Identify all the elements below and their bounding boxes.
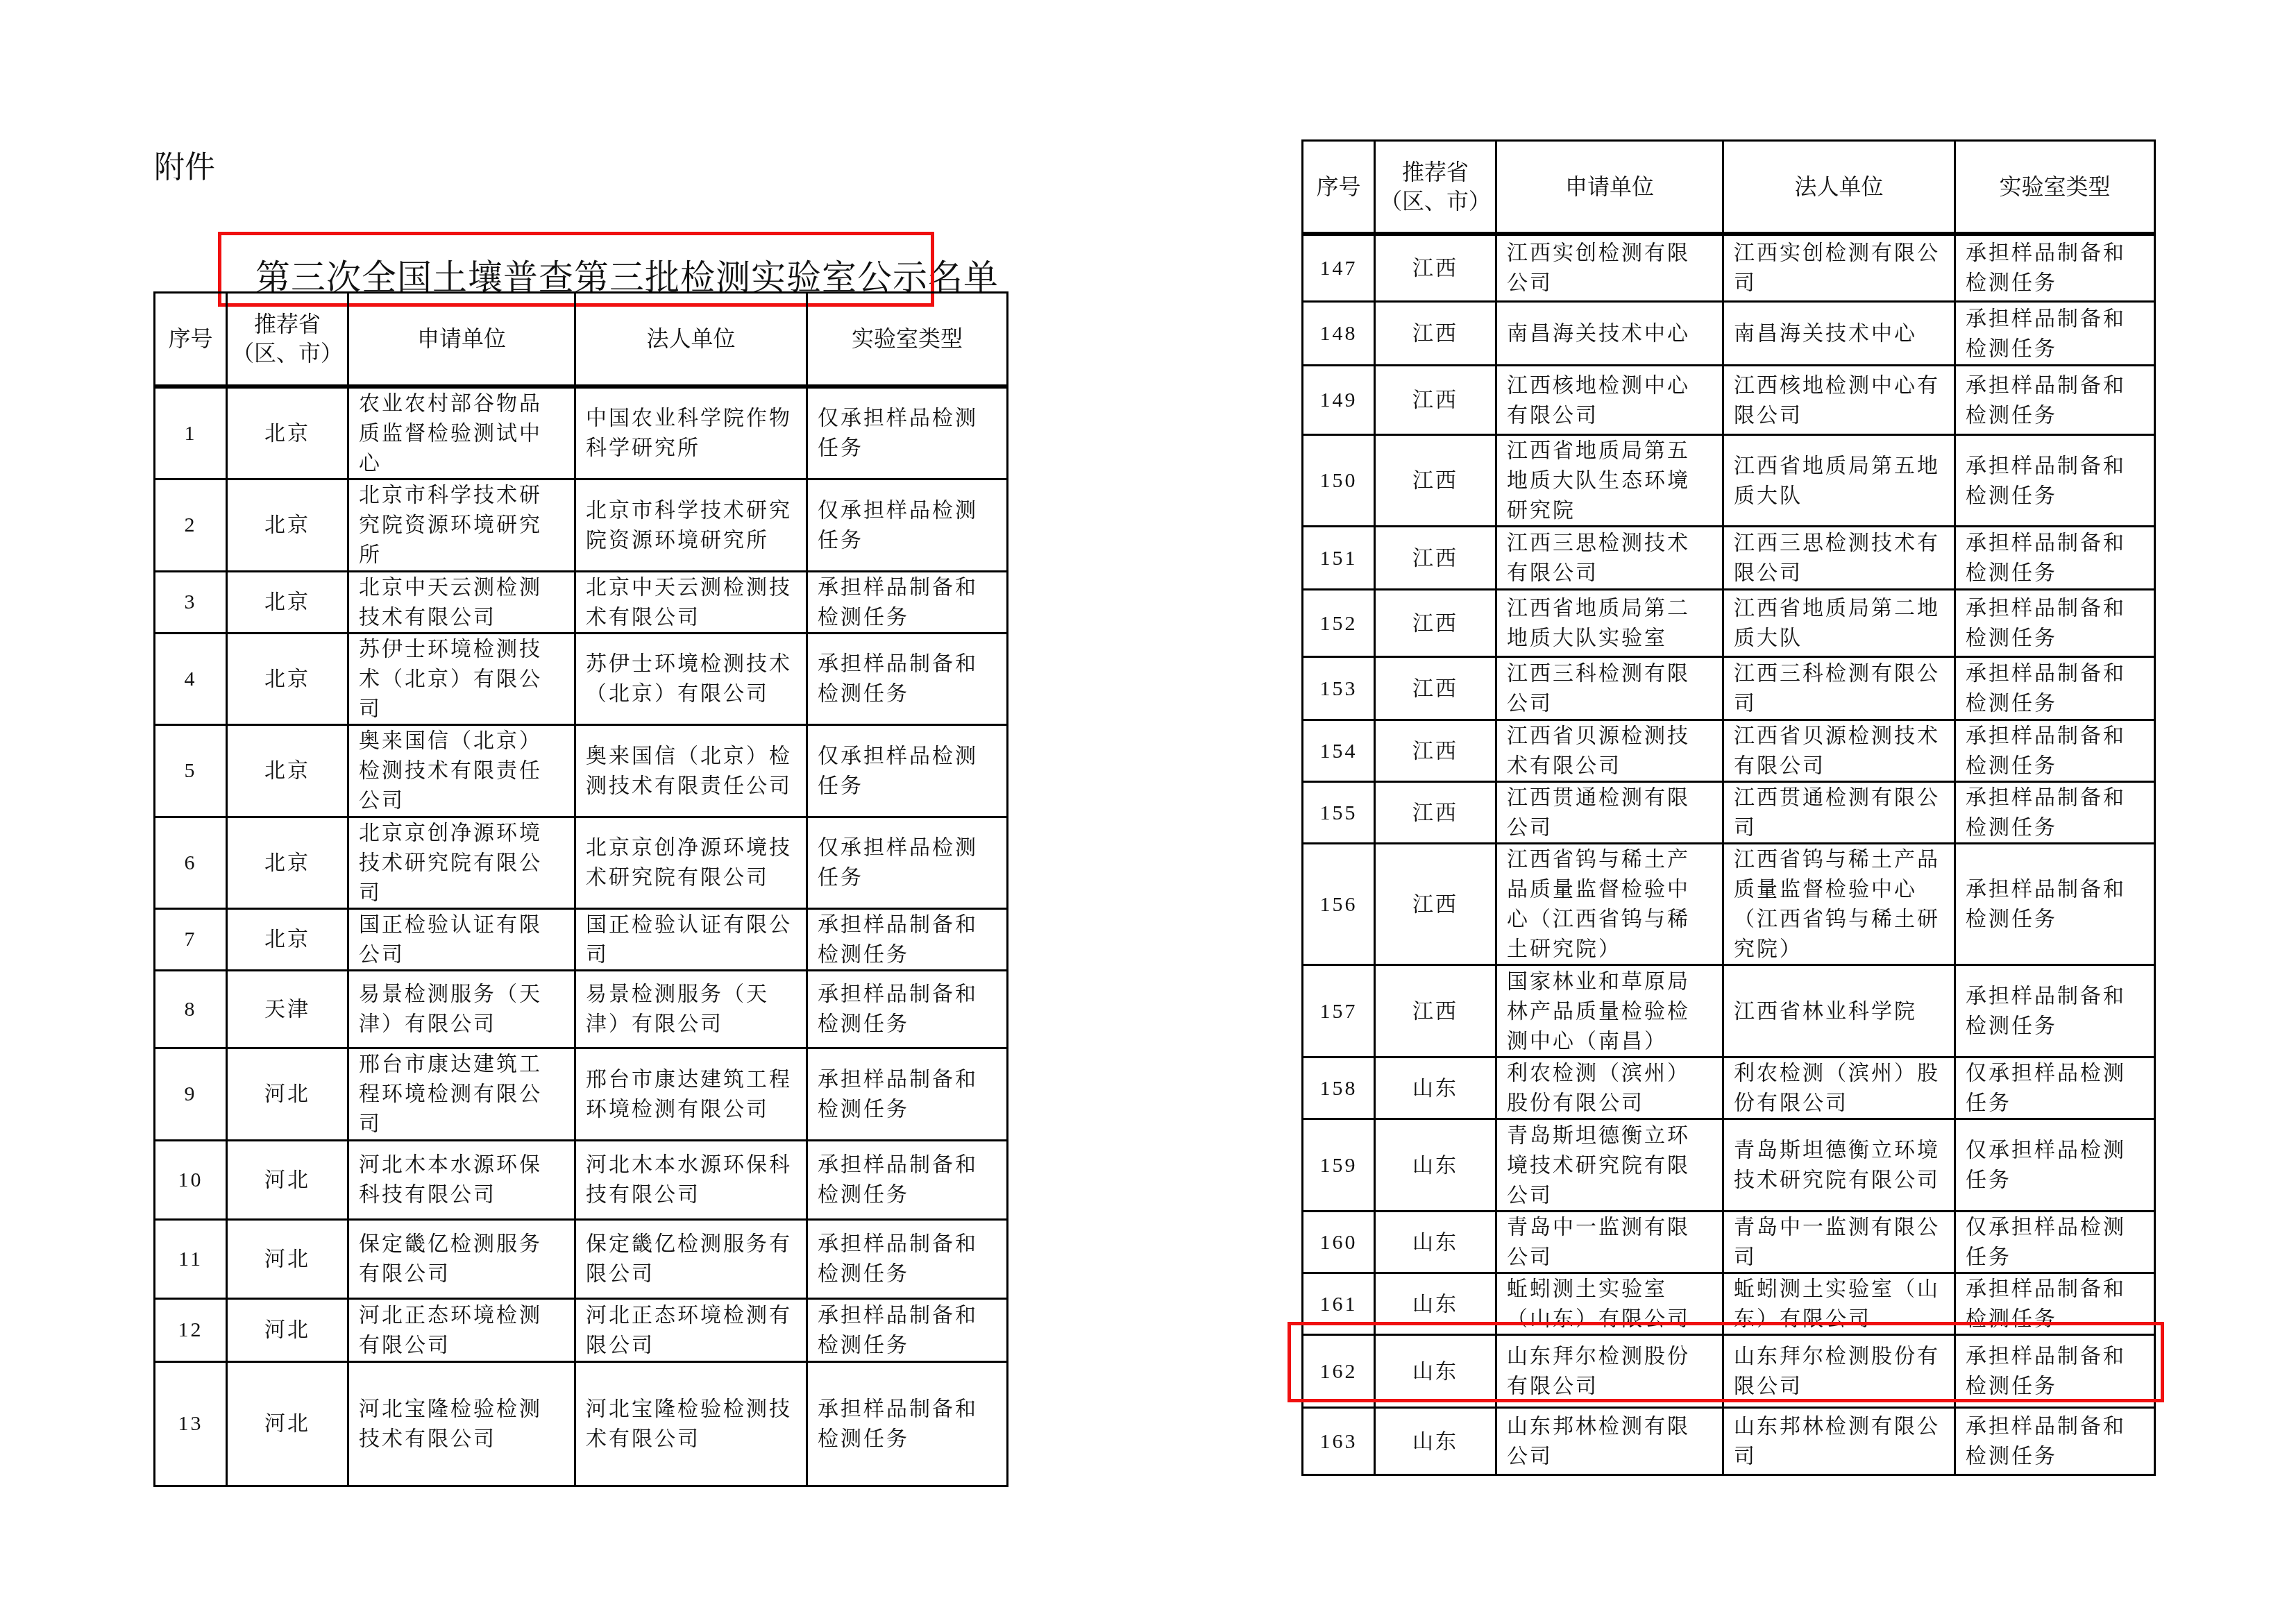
row-seq: 3 bbox=[155, 571, 227, 633]
header-lab-type: 实验室类型 bbox=[1955, 141, 2155, 234]
table-row: 160山东青岛中一监测有限公司青岛中一监测有限公司仅承担样品检测任务 bbox=[1303, 1212, 2155, 1273]
row-province: 江西 bbox=[1375, 234, 1496, 302]
row-lab-type: 承担样品制备和检测任务 bbox=[1955, 720, 2155, 782]
row-lab-type: 承担样品制备和检测任务 bbox=[1955, 1335, 2155, 1408]
row-province: 天津 bbox=[227, 970, 348, 1048]
table-row: 11河北保定畿亿检测服务有限公司保定畿亿检测服务有限公司承担样品制备和检测任务 bbox=[155, 1219, 1008, 1298]
table-row: 147江西江西实创检测有限公司江西实创检测有限公司承担样品制备和检测任务 bbox=[1303, 234, 2155, 302]
row-applicant: 国家林业和草原局林产品质量检验检测中心（南昌） bbox=[1496, 965, 1723, 1057]
row-seq: 13 bbox=[155, 1361, 227, 1486]
row-lab-type: 承担样品制备和检测任务 bbox=[807, 1140, 1008, 1219]
row-lab-type: 承担样品制备和检测任务 bbox=[1955, 366, 2155, 435]
row-seq: 10 bbox=[155, 1140, 227, 1219]
row-province: 江西 bbox=[1375, 844, 1496, 965]
row-seq: 155 bbox=[1303, 782, 1375, 844]
table-row: 155江西江西贯通检测有限公司江西贯通检测有限公司承担样品制备和检测任务 bbox=[1303, 782, 2155, 844]
table-row: 4北京苏伊士环境检测技术（北京）有限公司苏伊士环境检测技术（北京）有限公司承担样… bbox=[155, 633, 1008, 724]
row-legal-entity: 江西核地检测中心有限公司 bbox=[1723, 366, 1955, 435]
row-applicant: 北京中天云测检测技术有限公司 bbox=[348, 571, 575, 633]
header-applicant: 申请单位 bbox=[348, 293, 575, 386]
row-province: 江西 bbox=[1375, 657, 1496, 720]
row-applicant: 保定畿亿检测服务有限公司 bbox=[348, 1219, 575, 1298]
row-applicant: 江西核地检测中心有限公司 bbox=[1496, 366, 1723, 435]
row-seq: 9 bbox=[155, 1048, 227, 1140]
table-row: 150江西江西省地质局第五地质大队生态环境研究院江西省地质局第五地质大队承担样品… bbox=[1303, 435, 2155, 527]
row-seq: 11 bbox=[155, 1219, 227, 1298]
row-seq: 150 bbox=[1303, 435, 1375, 527]
row-legal-entity: 山东拜尔检测股份有限公司 bbox=[1723, 1335, 1955, 1408]
table-row: 154江西江西省贝源检测技术有限公司江西省贝源检测技术有限公司承担样品制备和检测… bbox=[1303, 720, 2155, 782]
row-legal-entity: 苏伊士环境检测技术（北京）有限公司 bbox=[575, 633, 807, 724]
row-lab-type: 承担样品制备和检测任务 bbox=[1955, 844, 2155, 965]
row-legal-entity: 山东邦林检测有限公司 bbox=[1723, 1408, 1955, 1475]
row-applicant: 青岛斯坦德衡立环境技术研究院有限公司 bbox=[1496, 1119, 1723, 1212]
row-applicant: 江西三思检测技术有限公司 bbox=[1496, 527, 1723, 590]
row-applicant: 河北正态环境检测有限公司 bbox=[348, 1298, 575, 1361]
row-lab-type: 承担样品制备和检测任务 bbox=[1955, 234, 2155, 302]
table-row: 7北京国正检验认证有限公司国正检验认证有限公司承担样品制备和检测任务 bbox=[155, 908, 1008, 970]
row-seq: 163 bbox=[1303, 1408, 1375, 1475]
row-legal-entity: 邢台市康达建筑工程环境检测有限公司 bbox=[575, 1048, 807, 1140]
table-row: 158山东利农检测（滨州）股份有限公司利农检测（滨州）股份有限公司仅承担样品检测… bbox=[1303, 1057, 2155, 1119]
row-legal-entity: 江西三思检测技术有限公司 bbox=[1723, 527, 1955, 590]
row-province: 山东 bbox=[1375, 1273, 1496, 1335]
table-row: 151江西江西三思检测技术有限公司江西三思检测技术有限公司承担样品制备和检测任务 bbox=[1303, 527, 2155, 590]
row-legal-entity: 北京中天云测检测技术有限公司 bbox=[575, 571, 807, 633]
row-lab-type: 仅承担样品检测任务 bbox=[807, 817, 1008, 908]
header-seq: 序号 bbox=[155, 293, 227, 386]
header-legal-entity: 法人单位 bbox=[1723, 141, 1955, 234]
row-seq: 148 bbox=[1303, 302, 1375, 366]
table-row: 10河北河北木本水源环保科技有限公司河北木本水源环保科技有限公司承担样品制备和检… bbox=[155, 1140, 1008, 1219]
row-province: 北京 bbox=[227, 633, 348, 724]
row-province: 江西 bbox=[1375, 782, 1496, 844]
row-legal-entity: 国正检验认证有限公司 bbox=[575, 908, 807, 970]
row-seq: 158 bbox=[1303, 1057, 1375, 1119]
row-legal-entity: 利农检测（滨州）股份有限公司 bbox=[1723, 1057, 1955, 1119]
row-seq: 156 bbox=[1303, 844, 1375, 965]
row-seq: 4 bbox=[155, 633, 227, 724]
row-lab-type: 承担样品制备和检测任务 bbox=[1955, 657, 2155, 720]
header-legal-entity: 法人单位 bbox=[575, 293, 807, 386]
row-lab-type: 承担样品制备和检测任务 bbox=[1955, 1408, 2155, 1475]
row-seq: 12 bbox=[155, 1298, 227, 1361]
row-province: 山东 bbox=[1375, 1335, 1496, 1408]
table-row: 13河北河北宝隆检验检测技术有限公司河北宝隆检验检测技术有限公司承担样品制备和检… bbox=[155, 1361, 1008, 1486]
row-seq: 162 bbox=[1303, 1335, 1375, 1408]
row-seq: 2 bbox=[155, 479, 227, 571]
row-legal-entity: 江西三科检测有限公司 bbox=[1723, 657, 1955, 720]
row-province: 江西 bbox=[1375, 965, 1496, 1057]
row-lab-type: 承担样品制备和检测任务 bbox=[807, 1298, 1008, 1361]
lab-list-table-right: 序号 推荐省（区、市） 申请单位 法人单位 实验室类型 147江西江西实创检测有… bbox=[1301, 139, 2156, 1476]
row-lab-type: 仅承担样品检测任务 bbox=[1955, 1212, 2155, 1273]
table-row: 156江西江西省钨与稀土产品质量监督检验中心（江西省钨与稀土研究院）江西省钨与稀… bbox=[1303, 844, 2155, 965]
row-seq: 159 bbox=[1303, 1119, 1375, 1212]
table-row: 149江西江西核地检测中心有限公司江西核地检测中心有限公司承担样品制备和检测任务 bbox=[1303, 366, 2155, 435]
row-legal-entity: 奥来国信（北京）检测技术有限责任公司 bbox=[575, 724, 807, 817]
row-applicant: 苏伊士环境检测技术（北京）有限公司 bbox=[348, 633, 575, 724]
row-seq: 1 bbox=[155, 386, 227, 479]
row-applicant: 邢台市康达建筑工程环境检测有限公司 bbox=[348, 1048, 575, 1140]
table-row: 12河北河北正态环境检测有限公司河北正态环境检测有限公司承担样品制备和检测任务 bbox=[155, 1298, 1008, 1361]
row-applicant: 北京京创净源环境技术研究院有限公司 bbox=[348, 817, 575, 908]
header-seq: 序号 bbox=[1303, 141, 1375, 234]
table-header-row: 序号 推荐省（区、市） 申请单位 法人单位 实验室类型 bbox=[1303, 141, 2155, 234]
row-province: 山东 bbox=[1375, 1119, 1496, 1212]
row-legal-entity: 易景检测服务（天津）有限公司 bbox=[575, 970, 807, 1048]
row-applicant: 山东拜尔检测股份有限公司 bbox=[1496, 1335, 1723, 1408]
row-legal-entity: 南昌海关技术中心 bbox=[1723, 302, 1955, 366]
table-header-row: 序号 推荐省（区、市） 申请单位 法人单位 实验室类型 bbox=[155, 293, 1008, 386]
row-province: 北京 bbox=[227, 386, 348, 479]
row-lab-type: 承担样品制备和检测任务 bbox=[1955, 527, 2155, 590]
row-legal-entity: 中国农业科学院作物科学研究所 bbox=[575, 386, 807, 479]
lab-list-table-left: 序号 推荐省（区、市） 申请单位 法人单位 实验室类型 1北京农业农村部谷物品质… bbox=[153, 291, 1008, 1487]
row-lab-type: 承担样品制备和检测任务 bbox=[807, 1361, 1008, 1486]
row-applicant: 河北木本水源环保科技有限公司 bbox=[348, 1140, 575, 1219]
row-province: 北京 bbox=[227, 571, 348, 633]
row-seq: 6 bbox=[155, 817, 227, 908]
row-province: 江西 bbox=[1375, 366, 1496, 435]
row-applicant: 江西省钨与稀土产品质量监督检验中心（江西省钨与稀土研究院） bbox=[1496, 844, 1723, 965]
row-seq: 8 bbox=[155, 970, 227, 1048]
row-seq: 147 bbox=[1303, 234, 1375, 302]
row-lab-type: 仅承担样品检测任务 bbox=[807, 386, 1008, 479]
row-province: 河北 bbox=[227, 1298, 348, 1361]
row-applicant: 江西贯通检测有限公司 bbox=[1496, 782, 1723, 844]
table-row: 6北京北京京创净源环境技术研究院有限公司北京京创净源环境技术研究院有限公司仅承担… bbox=[155, 817, 1008, 908]
row-seq: 154 bbox=[1303, 720, 1375, 782]
row-applicant: 江西省地质局第五地质大队生态环境研究院 bbox=[1496, 435, 1723, 527]
row-applicant: 利农检测（滨州）股份有限公司 bbox=[1496, 1057, 1723, 1119]
row-legal-entity: 保定畿亿检测服务有限公司 bbox=[575, 1219, 807, 1298]
row-legal-entity: 江西省地质局第二地质大队 bbox=[1723, 590, 1955, 657]
row-province: 山东 bbox=[1375, 1057, 1496, 1119]
row-legal-entity: 蚯蚓测土实验室（山东）有限公司 bbox=[1723, 1273, 1955, 1335]
row-applicant: 青岛中一监测有限公司 bbox=[1496, 1212, 1723, 1273]
row-legal-entity: 江西省钨与稀土产品质量监督检验中心（江西省钨与稀土研究院） bbox=[1723, 844, 1955, 965]
row-province: 江西 bbox=[1375, 527, 1496, 590]
row-lab-type: 承担样品制备和检测任务 bbox=[807, 908, 1008, 970]
row-lab-type: 仅承担样品检测任务 bbox=[807, 479, 1008, 571]
table-row: 8天津易景检测服务（天津）有限公司易景检测服务（天津）有限公司承担样品制备和检测… bbox=[155, 970, 1008, 1048]
row-applicant: 南昌海关技术中心 bbox=[1496, 302, 1723, 366]
row-province: 北京 bbox=[227, 817, 348, 908]
row-province: 江西 bbox=[1375, 590, 1496, 657]
row-applicant: 易景检测服务（天津）有限公司 bbox=[348, 970, 575, 1048]
row-legal-entity: 河北木本水源环保科技有限公司 bbox=[575, 1140, 807, 1219]
row-legal-entity: 北京京创净源环境技术研究院有限公司 bbox=[575, 817, 807, 908]
row-legal-entity: 青岛中一监测有限公司 bbox=[1723, 1212, 1955, 1273]
table-row: 161山东蚯蚓测土实验室（山东）有限公司蚯蚓测土实验室（山东）有限公司承担样品制… bbox=[1303, 1273, 2155, 1335]
row-lab-type: 承担样品制备和检测任务 bbox=[807, 1219, 1008, 1298]
row-legal-entity: 江西贯通检测有限公司 bbox=[1723, 782, 1955, 844]
row-applicant: 北京市科学技术研究院资源环境研究所 bbox=[348, 479, 575, 571]
row-lab-type: 承担样品制备和检测任务 bbox=[807, 1048, 1008, 1140]
row-lab-type: 承担样品制备和检测任务 bbox=[807, 970, 1008, 1048]
row-lab-type: 仅承担样品检测任务 bbox=[1955, 1119, 2155, 1212]
row-applicant: 奥来国信（北京）检测技术有限责任公司 bbox=[348, 724, 575, 817]
row-lab-type: 承担样品制备和检测任务 bbox=[1955, 1273, 2155, 1335]
row-legal-entity: 江西省贝源检测技术有限公司 bbox=[1723, 720, 1955, 782]
attachment-label: 附件 bbox=[154, 142, 215, 187]
row-applicant: 江西省贝源检测技术有限公司 bbox=[1496, 720, 1723, 782]
table-row: 1北京农业农村部谷物品质监督检验测试中心中国农业科学院作物科学研究所仅承担样品检… bbox=[155, 386, 1008, 479]
table-row: 153江西江西三科检测有限公司江西三科检测有限公司承担样品制备和检测任务 bbox=[1303, 657, 2155, 720]
row-province: 河北 bbox=[227, 1361, 348, 1486]
table-row: 163山东山东邦林检测有限公司山东邦林检测有限公司承担样品制备和检测任务 bbox=[1303, 1408, 2155, 1475]
row-province: 江西 bbox=[1375, 435, 1496, 527]
row-lab-type: 承担样品制备和检测任务 bbox=[807, 571, 1008, 633]
row-province: 山东 bbox=[1375, 1212, 1496, 1273]
row-province: 江西 bbox=[1375, 302, 1496, 366]
header-lab-type: 实验室类型 bbox=[807, 293, 1008, 386]
table-row: 157江西国家林业和草原局林产品质量检验检测中心（南昌）江西省林业科学院承担样品… bbox=[1303, 965, 2155, 1057]
table-row: 2北京北京市科学技术研究院资源环境研究所北京市科学技术研究院资源环境研究所仅承担… bbox=[155, 479, 1008, 571]
row-applicant: 河北宝隆检验检测技术有限公司 bbox=[348, 1361, 575, 1486]
row-seq: 5 bbox=[155, 724, 227, 817]
table-row: 3北京北京中天云测检测技术有限公司北京中天云测检测技术有限公司承担样品制备和检测… bbox=[155, 571, 1008, 633]
row-lab-type: 承担样品制备和检测任务 bbox=[1955, 302, 2155, 366]
row-seq: 161 bbox=[1303, 1273, 1375, 1335]
row-applicant: 国正检验认证有限公司 bbox=[348, 908, 575, 970]
header-province: 推荐省（区、市） bbox=[227, 293, 348, 386]
row-lab-type: 仅承担样品检测任务 bbox=[1955, 1057, 2155, 1119]
row-seq: 152 bbox=[1303, 590, 1375, 657]
row-legal-entity: 青岛斯坦德衡立环境技术研究院有限公司 bbox=[1723, 1119, 1955, 1212]
row-province: 河北 bbox=[227, 1219, 348, 1298]
row-lab-type: 承担样品制备和检测任务 bbox=[1955, 435, 2155, 527]
row-legal-entity: 北京市科学技术研究院资源环境研究所 bbox=[575, 479, 807, 571]
table-row: 9河北邢台市康达建筑工程环境检测有限公司邢台市康达建筑工程环境检测有限公司承担样… bbox=[155, 1048, 1008, 1140]
row-legal-entity: 江西省林业科学院 bbox=[1723, 965, 1955, 1057]
table-row: 162山东山东拜尔检测股份有限公司山东拜尔检测股份有限公司承担样品制备和检测任务 bbox=[1303, 1335, 2155, 1408]
row-lab-type: 仅承担样品检测任务 bbox=[807, 724, 1008, 817]
table-row: 152江西江西省地质局第二地质大队实验室江西省地质局第二地质大队承担样品制备和检… bbox=[1303, 590, 2155, 657]
row-seq: 157 bbox=[1303, 965, 1375, 1057]
row-applicant: 江西省地质局第二地质大队实验室 bbox=[1496, 590, 1723, 657]
row-applicant: 农业农村部谷物品质监督检验测试中心 bbox=[348, 386, 575, 479]
table-row: 5北京奥来国信（北京）检测技术有限责任公司奥来国信（北京）检测技术有限责任公司仅… bbox=[155, 724, 1008, 817]
header-province: 推荐省（区、市） bbox=[1375, 141, 1496, 234]
row-seq: 160 bbox=[1303, 1212, 1375, 1273]
row-province: 河北 bbox=[227, 1140, 348, 1219]
header-applicant: 申请单位 bbox=[1496, 141, 1723, 234]
table-row: 148江西南昌海关技术中心南昌海关技术中心承担样品制备和检测任务 bbox=[1303, 302, 2155, 366]
row-seq: 151 bbox=[1303, 527, 1375, 590]
row-seq: 153 bbox=[1303, 657, 1375, 720]
row-legal-entity: 江西实创检测有限公司 bbox=[1723, 234, 1955, 302]
row-province: 北京 bbox=[227, 724, 348, 817]
row-province: 山东 bbox=[1375, 1408, 1496, 1475]
row-lab-type: 承担样品制备和检测任务 bbox=[1955, 782, 2155, 844]
row-lab-type: 承担样品制备和检测任务 bbox=[1955, 590, 2155, 657]
row-legal-entity: 江西省地质局第五地质大队 bbox=[1723, 435, 1955, 527]
row-applicant: 山东邦林检测有限公司 bbox=[1496, 1408, 1723, 1475]
row-province: 江西 bbox=[1375, 720, 1496, 782]
row-province: 河北 bbox=[227, 1048, 348, 1140]
row-province: 北京 bbox=[227, 479, 348, 571]
row-legal-entity: 河北宝隆检验检测技术有限公司 bbox=[575, 1361, 807, 1486]
table-row: 159山东青岛斯坦德衡立环境技术研究院有限公司青岛斯坦德衡立环境技术研究院有限公… bbox=[1303, 1119, 2155, 1212]
row-seq: 7 bbox=[155, 908, 227, 970]
row-lab-type: 承担样品制备和检测任务 bbox=[1955, 965, 2155, 1057]
row-legal-entity: 河北正态环境检测有限公司 bbox=[575, 1298, 807, 1361]
row-applicant: 蚯蚓测土实验室（山东）有限公司 bbox=[1496, 1273, 1723, 1335]
row-province: 北京 bbox=[227, 908, 348, 970]
row-applicant: 江西实创检测有限公司 bbox=[1496, 234, 1723, 302]
row-seq: 149 bbox=[1303, 366, 1375, 435]
row-applicant: 江西三科检测有限公司 bbox=[1496, 657, 1723, 720]
row-lab-type: 承担样品制备和检测任务 bbox=[807, 633, 1008, 724]
